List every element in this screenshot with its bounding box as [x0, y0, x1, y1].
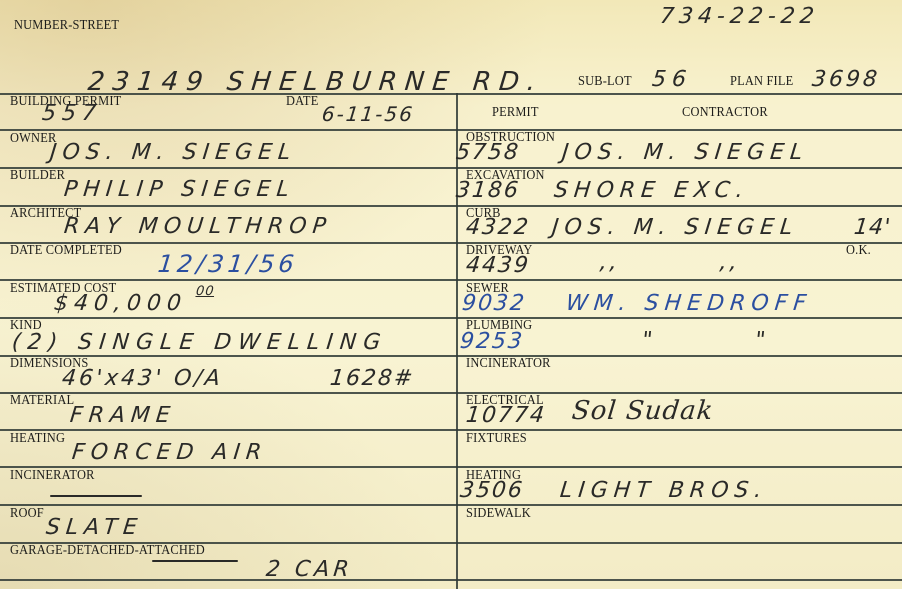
dimensions-extra: 1628#	[329, 366, 416, 391]
permit-heating: 3506	[459, 478, 526, 503]
rule	[0, 279, 902, 281]
sub-lot-value: 56	[651, 67, 694, 92]
rule	[0, 242, 902, 244]
sub-lot-label: SUB-LOT	[578, 73, 632, 89]
permit-header: PERMIT	[492, 104, 539, 120]
building-permit-value: 557	[41, 101, 104, 126]
permit-plumbing: 9253	[459, 329, 526, 354]
number-street-label: NUMBER-STREET	[14, 17, 119, 33]
rule	[0, 579, 902, 581]
contractor-excavation: SHORE EXC.	[553, 178, 751, 203]
roof-value: SLATE	[45, 515, 145, 540]
estimated-cost-cents: 00	[195, 284, 215, 299]
garage-value: 2 CAR	[265, 557, 354, 582]
permit-electrical: 10774	[465, 403, 548, 428]
owner-label: OWNER	[10, 130, 56, 146]
row-label-incinerator: INCINERATOR	[466, 355, 551, 371]
heating-value: FORCED AIR	[71, 440, 269, 465]
permit-excavation: 3186	[455, 178, 522, 203]
material-label: MATERIAL	[10, 392, 74, 408]
column-divider	[456, 93, 458, 589]
garage-label: GARAGE-DETACHED-ATTACHED	[10, 542, 205, 558]
contractor-header: CONTRACTOR	[682, 104, 768, 120]
rule	[0, 205, 902, 207]
contractor-electrical: Sol Sudak	[570, 396, 715, 426]
builder-label: BUILDER	[10, 167, 65, 183]
rule	[0, 392, 902, 394]
owner-value: JOS. M. SIEGEL	[49, 140, 298, 165]
permit-curb: 4322	[465, 215, 532, 240]
permit-sewer: 9032	[461, 291, 528, 316]
contractor-sewer: WM. SHEDROFF	[565, 291, 814, 316]
rule	[0, 466, 902, 468]
permit-card: NUMBER-STREET 734-22-22 23149 SHELBURNE …	[0, 0, 902, 589]
rule	[0, 167, 902, 169]
rule	[0, 504, 902, 506]
curb-status: O.K.	[846, 242, 871, 258]
rule	[0, 317, 902, 319]
contractor-curb: JOS. M. SIEGEL	[551, 215, 800, 240]
curb-note: 14'	[853, 215, 893, 240]
rule	[0, 129, 902, 131]
rule	[0, 429, 902, 431]
kind-value: (2) SINGLE DWELLING	[11, 330, 389, 355]
dimensions-value: 46'x43' O/A	[61, 366, 225, 391]
architect-value: RAY MOULTHROP	[63, 214, 333, 239]
plan-file-label: PLAN FILE	[730, 73, 793, 89]
incinerator-label: INCINERATOR	[10, 467, 95, 483]
ward-number: 734-22-22	[659, 4, 820, 29]
date-completed-value: 12/31/56	[157, 250, 300, 278]
date-label: DATE	[286, 93, 318, 109]
date-completed-label: DATE COMPLETED	[10, 242, 122, 258]
date-value: 6-11-56	[321, 102, 416, 126]
rule	[0, 93, 902, 95]
contractor-driveway: ,, ,,	[599, 250, 742, 275]
garage-underline	[152, 560, 238, 562]
contractor-heating: LIGHT BROS.	[559, 478, 769, 503]
contractor-obstruction: JOS. M. SIEGEL	[561, 140, 810, 165]
builder-value: PHILIP SIEGEL	[63, 177, 297, 202]
contractor-plumbing: " "	[641, 328, 770, 353]
material-value: FRAME	[69, 403, 178, 428]
permit-driveway: 4439	[465, 253, 532, 278]
permit-obstruction: 5758	[455, 140, 522, 165]
rule	[0, 355, 902, 357]
row-label-sidewalk: SIDEWALK	[466, 505, 531, 521]
row-label-fixtures: FIXTURES	[466, 430, 527, 446]
estimated-cost-value: $40,000	[53, 291, 189, 316]
roof-label: ROOF	[10, 505, 44, 521]
plan-file-value: 3698	[811, 67, 882, 92]
heating-label: HEATING	[10, 430, 65, 446]
incinerator-dash	[50, 495, 142, 497]
